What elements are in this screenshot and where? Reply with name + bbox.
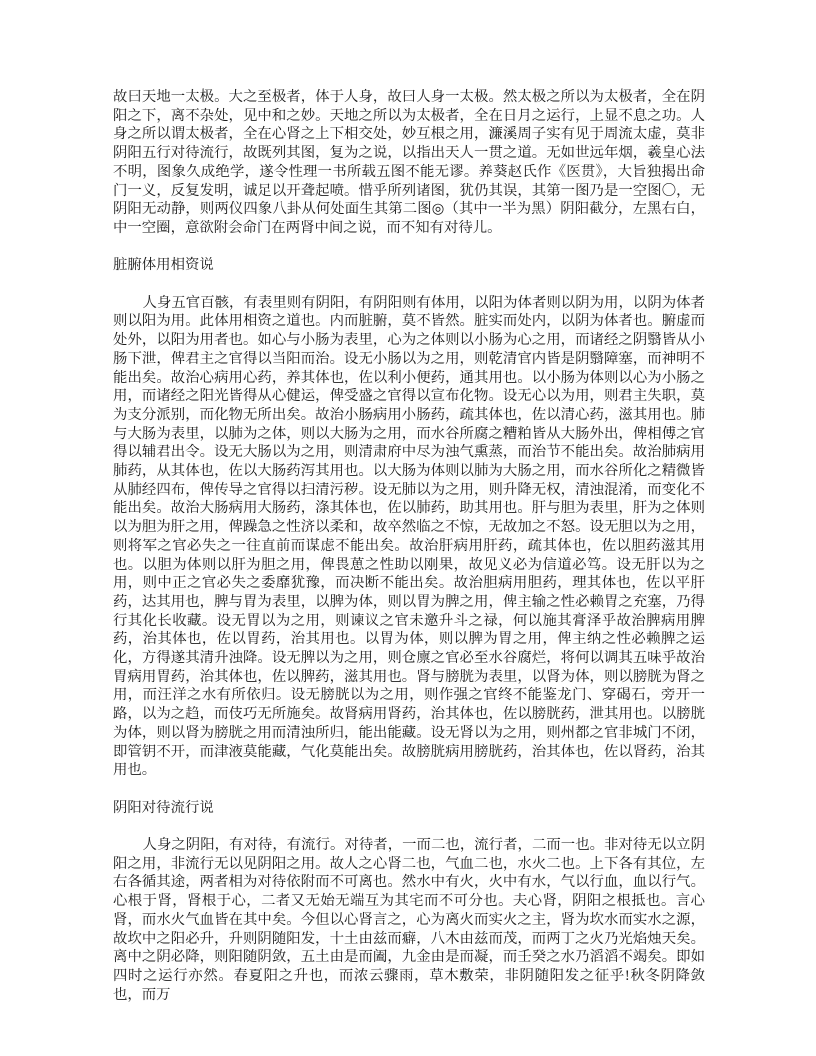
- document-page: 故曰天地一太极。大之至极者，体于人身，故曰人身一太极。然太极之所以为太极者，全在…: [0, 0, 816, 1056]
- paragraph-taiji-continuation: 故曰天地一太极。大之至极者，体于人身，故曰人身一太极。然太极之所以为太极者，全在…: [113, 88, 705, 238]
- paragraph-yinyang-duidai: 人身之阴阳，有对待，有流行。对待者，一而二也，流行者，二而一也。非对待无以立阴阳…: [113, 836, 705, 1004]
- section-heading-zangfu-tiyong: 脏腑体用相资说: [113, 256, 705, 275]
- paragraph-zangfu-tiyong: 人身五官百骸，有表里则有阴阳，有阴阳则有体用，以阳为体者则以阴为用，以阴为体者则…: [113, 294, 705, 780]
- section-heading-yinyang-duidai: 阴阳对待流行说: [113, 799, 705, 818]
